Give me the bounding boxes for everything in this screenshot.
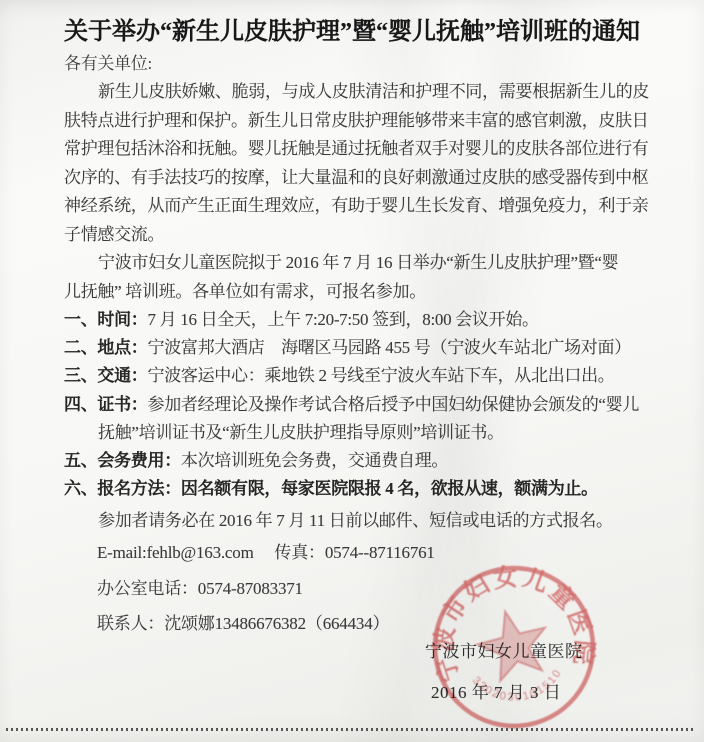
item-transport-text: 宁波客运中心：乘地铁 2 号线至宁波火车站下车，从北出口出。 [148,366,615,385]
salutation: 各有关单位: [64,50,664,78]
item-certificate-text: 参加者经理论及操作考试合格后授予中国妇幼保健协会颁发的“婴儿 抚触”培训证书及“… [98,395,639,442]
notice-title: 关于举办“新生儿皮肤护理”暨“婴儿抚触”培训班的通知 [40,14,664,50]
item-fee-text: 本次培训班免会务费，交通费自理。 [181,451,448,470]
contact-email-fax: E-mail:fehlb@163.com 传真：0574--87116761 [64,535,664,571]
item-fee: 五、会务费用：本次培训班免会务费，交通费自理。 [64,447,664,475]
item-time-text: 7 月 16 日全天，上午 7:20-7:50 签到，8:00 会议开始。 [148,310,539,329]
item-location: 二、地点：宁波富邦大酒店 海曙区马园路 455 号（宁波火车站北广场对面） [64,334,664,362]
item-registration: 六、报名方法：因名额有限，每家医院限报 4 名，欲报从速，额满为止。 [64,475,664,503]
item-fee-label: 五、会务费用： [64,451,181,470]
item-location-label: 二、地点： [64,338,148,357]
item-certificate: 四、证书：参加者经理论及操作考试合格后授予中国妇幼保健协会颁发的“婴儿 抚触”培… [64,391,664,447]
scanned-notice-page: 关于举办“新生儿皮肤护理”暨“婴儿抚触”培训班的通知 各有关单位: 新生儿皮肤娇… [0,0,704,742]
item-transport-label: 三、交通： [64,366,148,385]
item-certificate-label: 四、证书： [64,395,148,414]
body-paragraph-2: 宁波市妇女儿童医院拟于 2016 年 7 月 16 日举办“新生儿皮肤护理”暨“… [64,249,664,306]
item-transport: 三、交通：宁波客运中心：乘地铁 2 号线至宁波火车站下车，从北出口出。 [64,362,664,390]
signature-organization: 宁波市妇女儿童医院 [425,637,583,662]
item-location-text: 宁波富邦大酒店 海曙区马园路 455 号（宁波火车站北广场对面） [148,338,631,357]
body-paragraph-1: 新生儿皮肤娇嫩、脆弱，与成人皮肤清洁和护理不同，需要根据新生儿的皮 肤特点进行护… [64,78,664,249]
item-registration-label: 六、报名方法： [64,479,181,498]
item-time-label: 一、时间： [64,310,148,329]
item-time: 一、时间：7 月 16 日全天，上午 7:20-7:50 签到，8:00 会议开… [64,306,664,334]
deadline-note: 参加者请务必在 2016 年 7 月 11 日前以邮件、短信或电话的方式报名。 [64,507,664,535]
signature-date: 2016 年 7 月 3 日 [431,678,561,703]
item-registration-text: 因名额有限，每家医院限报 4 名，欲报从速，额满为止。 [181,479,598,498]
contact-office-phone: 办公室电话：0574-87083371 [64,571,664,607]
perforation-dotted-line [6,728,694,731]
